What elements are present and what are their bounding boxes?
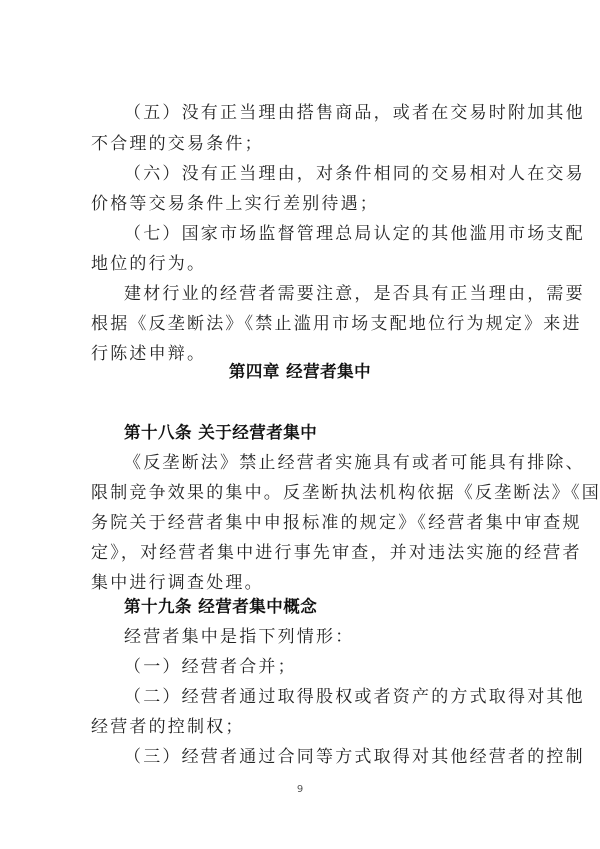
paragraph-line: 定》，对经营者集中进行事先审查，并对违法实施的经营者 [91,543,516,563]
paragraph-line: 限制竞争效果的集中。反垄断执法机构依据《反垄断法》《国 [91,483,516,503]
paragraph-line: （二）经营者通过取得股权或者资产的方式取得对其他 [124,687,516,707]
paragraph-line: 集中进行调查处理。 [91,573,516,593]
page-number: 9 [0,784,600,795]
paragraph-line: 《反垄断法》禁止经营者实施具有或者可能具有排除、 [124,453,516,473]
paragraph-line: 经营者集中是指下列情形： [124,627,516,647]
paragraph-line: 建材行业的经营者需要注意，是否具有正当理由，需要 [124,284,516,304]
document-page: （五）没有正当理由搭售商品，或者在交易时附加其他 不合理的交易条件； （六）没有… [0,0,600,849]
paragraph-line: 行陈述申辩。 [91,344,516,364]
paragraph-line: 不合理的交易条件； [91,134,516,154]
paragraph-line: （一）经营者合并； [124,657,516,677]
article-19-title: 第十九条 经营者集中概念 [124,597,516,617]
article-18-title: 第十八条 关于经营者集中 [124,423,516,443]
paragraph-line: （五）没有正当理由搭售商品，或者在交易时附加其他 [124,103,516,123]
paragraph-line: 地位的行为。 [91,254,516,274]
paragraph-line: 务院关于经营者集中申报标准的规定》《经营者集中审查规 [91,513,516,533]
paragraph-line: 根据《反垄断法》《禁止滥用市场支配地位行为规定》来进 [91,314,516,334]
paragraph-line: （六）没有正当理由，对条件相同的交易相对人在交易 [124,164,516,184]
paragraph-line: （三）经营者通过合同等方式取得对其他经营者的控制 [124,747,516,767]
chapter-title: 第四章 经营者集中 [0,362,600,382]
paragraph-line: （七）国家市场监督管理总局认定的其他滥用市场支配 [124,224,516,244]
paragraph-line: 经营者的控制权； [91,717,516,737]
paragraph-line: 价格等交易条件上实行差别待遇； [91,194,516,214]
